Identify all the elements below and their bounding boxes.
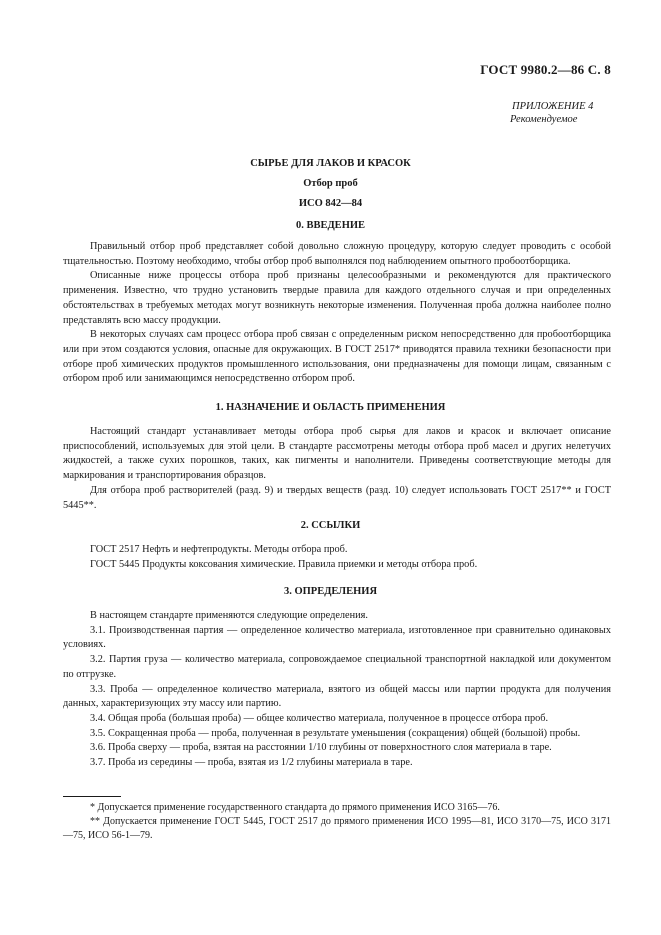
- section-heading-references: 2. ССЫЛКИ: [0, 520, 661, 531]
- section-scope-body: Настоящий стандарт устанавливает методы …: [63, 425, 611, 513]
- annex-label: ПРИЛОЖЕНИЕ 4: [512, 101, 593, 112]
- paragraph: Правильный отбор проб представляет собой…: [63, 240, 611, 269]
- paragraph: В некоторых случаях сам процесс отбора п…: [63, 328, 611, 387]
- paragraph: В настоящем стандарте применяются следую…: [63, 609, 611, 624]
- section-heading-definitions: 3. ОПРЕДЕЛЕНИЯ: [0, 586, 661, 597]
- document-title: СЫРЬЕ ДЛЯ ЛАКОВ И КРАСОК: [0, 158, 661, 169]
- annex-status: Рекомендуемое: [510, 113, 593, 126]
- definition-item: 3.4. Общая проба (большая проба) — общее…: [63, 712, 611, 727]
- definition-item: 3.3. Проба — определенное количество мат…: [63, 683, 611, 712]
- section-heading-scope: 1. НАЗНАЧЕНИЕ И ОБЛАСТЬ ПРИМЕНЕНИЯ: [0, 402, 661, 413]
- footnote-single-asterisk: * Допускается применение государственног…: [63, 801, 611, 815]
- definition-item: 3.5. Сокращенная проба — проба, полученн…: [63, 727, 611, 742]
- section-heading-introduction: 0. ВВЕДЕНИЕ: [0, 220, 661, 231]
- definition-item: 3.7. Проба из середины — проба, взятая и…: [63, 756, 611, 771]
- document-reference: ГОСТ 9980.2—86 С. 8: [480, 62, 611, 78]
- footnote-double-asterisk: ** Допускается применение ГОСТ 5445, ГОС…: [63, 815, 611, 843]
- footnote-divider: [63, 796, 121, 797]
- section-definitions-body: В настоящем стандарте применяются следую…: [63, 609, 611, 771]
- reference-item: ГОСТ 5445 Продукты коксования химические…: [63, 558, 611, 573]
- definition-item: 3.2. Партия груза — количество материала…: [63, 653, 611, 682]
- paragraph: Для отбора проб растворителей (разд. 9) …: [63, 484, 611, 513]
- iso-reference: ИСО 842—84: [0, 198, 661, 209]
- definition-item: 3.1. Производственная партия — определен…: [63, 624, 611, 653]
- reference-item: ГОСТ 2517 Нефть и нефтепродукты. Методы …: [63, 543, 611, 558]
- annex-label-block: ПРИЛОЖЕНИЕ 4 Рекомендуемое: [512, 100, 593, 126]
- document-page: ГОСТ 9980.2—86 С. 8 ПРИЛОЖЕНИЕ 4 Рекомен…: [0, 0, 661, 935]
- document-subtitle: Отбор проб: [0, 178, 661, 189]
- section-references-body: ГОСТ 2517 Нефть и нефтепродукты. Методы …: [63, 543, 611, 572]
- paragraph: Настоящий стандарт устанавливает методы …: [63, 425, 611, 484]
- section-introduction-body: Правильный отбор проб представляет собой…: [63, 240, 611, 387]
- paragraph: Описанные ниже процессы отбора проб приз…: [63, 269, 611, 328]
- definition-item: 3.6. Проба сверху — проба, взятая на рас…: [63, 741, 611, 756]
- footnotes: * Допускается применение государственног…: [63, 801, 611, 842]
